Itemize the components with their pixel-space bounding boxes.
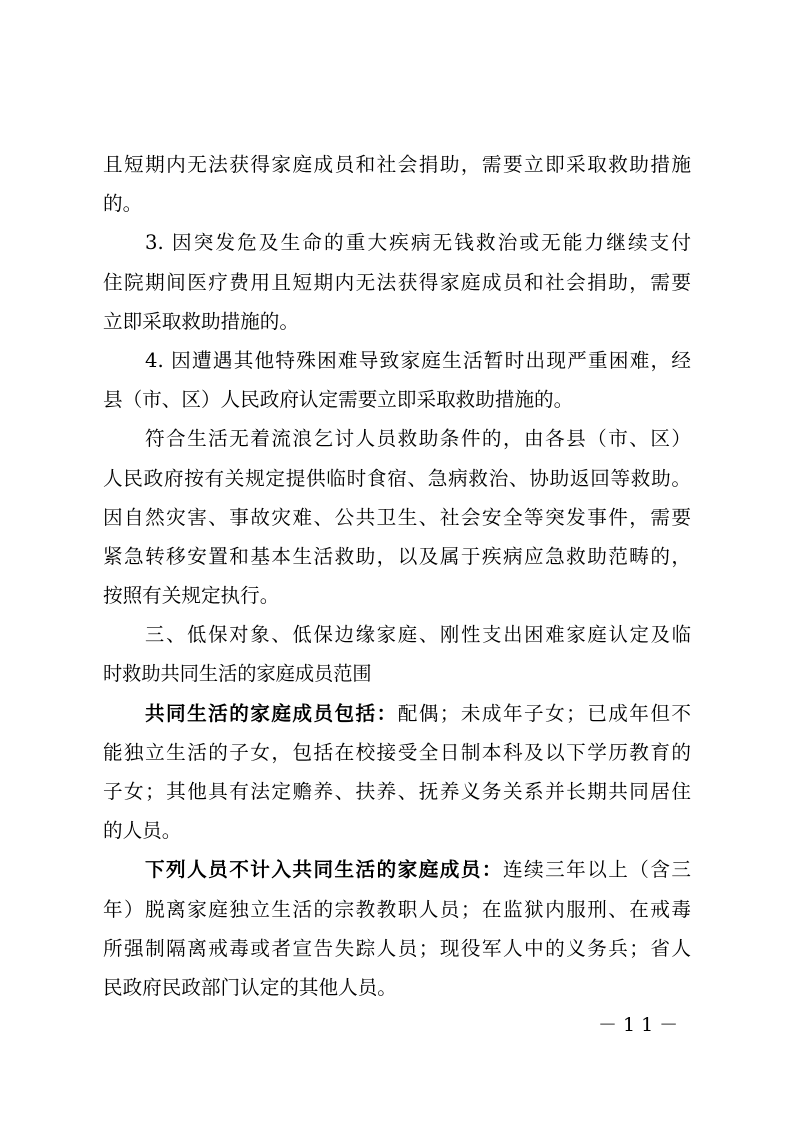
text-line: 符合生活无着流浪乞讨人员救助条件的，由各县（市、区） xyxy=(103,419,691,458)
heading-line: 时救助共同生活的家庭成员范围 xyxy=(103,654,691,693)
paragraph-item-4: 4. 因遭遇其他特殊困难导致家庭生活暂时出现严重困难，经 县（市、区）人民政府认… xyxy=(103,341,691,419)
text-line: 按照有关规定执行。 xyxy=(103,576,691,615)
text-line: 紧急转移安置和基本生活救助，以及属于疾病应急救助范畴的， xyxy=(103,537,691,576)
document-page: 且短期内无法获得家庭成员和社会捐助，需要立即采取救助措施 的。 3. 因突发危及… xyxy=(103,145,691,1007)
paragraph-item-3: 3. 因突发危及生命的重大疾病无钱救治或无能力继续支付 住院期间医疗费用且短期内… xyxy=(103,223,691,341)
paragraph-continuation: 且短期内无法获得家庭成员和社会捐助，需要立即采取救助措施 的。 xyxy=(103,145,691,223)
paragraph-excluded-members: 下列人员不计入共同生活的家庭成员：连续三年以上（含三 年）脱离家庭独立生活的宗教… xyxy=(103,850,691,1007)
paragraph-vagrant-relief: 符合生活无着流浪乞讨人员救助条件的，由各县（市、区） 人民政府按有关规定提供临时… xyxy=(103,419,691,615)
text-span: 配偶；未成年子女；已成年但不 xyxy=(398,702,691,725)
paragraph-included-members: 共同生活的家庭成员包括：配偶；未成年子女；已成年但不 能独立生活的子女，包括在校… xyxy=(103,694,691,851)
text-line: 县（市、区）人民政府认定需要立即采取救助措施的。 xyxy=(103,380,691,419)
text-line: 能独立生活的子女，包括在校接受全日制本科及以下学历教育的 xyxy=(103,733,691,772)
text-line: 4. 因遭遇其他特殊困难导致家庭生活暂时出现严重困难，经 xyxy=(103,341,691,380)
section-heading-3: 三、低保对象、低保边缘家庭、刚性支出困难家庭认定及临 时救助共同生活的家庭成员范… xyxy=(103,615,691,693)
text-line: 3. 因突发危及生命的重大疾病无钱救治或无能力继续支付 xyxy=(103,223,691,262)
text-line: 民政府民政部门认定的其他人员。 xyxy=(103,968,691,1007)
text-span: 连续三年以上（含三 xyxy=(503,858,691,881)
bold-lead-text: 共同生活的家庭成员包括： xyxy=(145,702,398,725)
heading-line: 三、低保对象、低保边缘家庭、刚性支出困难家庭认定及临 xyxy=(103,615,691,654)
text-line: 人民政府按有关规定提供临时食宿、急病救治、协助返回等救助。 xyxy=(103,459,691,498)
text-line: 子女；其他具有法定赡养、扶养、抚养义务关系并长期共同居住 xyxy=(103,772,691,811)
text-line: 年）脱离家庭独立生活的宗教教职人员；在监狱内服刑、在戒毒 xyxy=(103,890,691,929)
text-line: 下列人员不计入共同生活的家庭成员：连续三年以上（含三 xyxy=(103,850,691,889)
text-line: 立即采取救助措施的。 xyxy=(103,302,691,341)
text-line: 且短期内无法获得家庭成员和社会捐助，需要立即采取救助措施 xyxy=(103,145,691,184)
text-line: 共同生活的家庭成员包括：配偶；未成年子女；已成年但不 xyxy=(103,694,691,733)
text-line: 的人员。 xyxy=(103,811,691,850)
text-line: 的。 xyxy=(103,184,691,223)
text-line: 因自然灾害、事故灾难、公共卫生、社会安全等突发事件，需要 xyxy=(103,498,691,537)
text-line: 所强制隔离戒毒或者宣告失踪人员；现役军人中的义务兵；省人 xyxy=(103,929,691,968)
bold-lead-text: 下列人员不计入共同生活的家庭成员： xyxy=(145,858,503,881)
text-line: 住院期间医疗费用且短期内无法获得家庭成员和社会捐助，需要 xyxy=(103,263,691,302)
page-number: －11－ xyxy=(598,1010,684,1037)
